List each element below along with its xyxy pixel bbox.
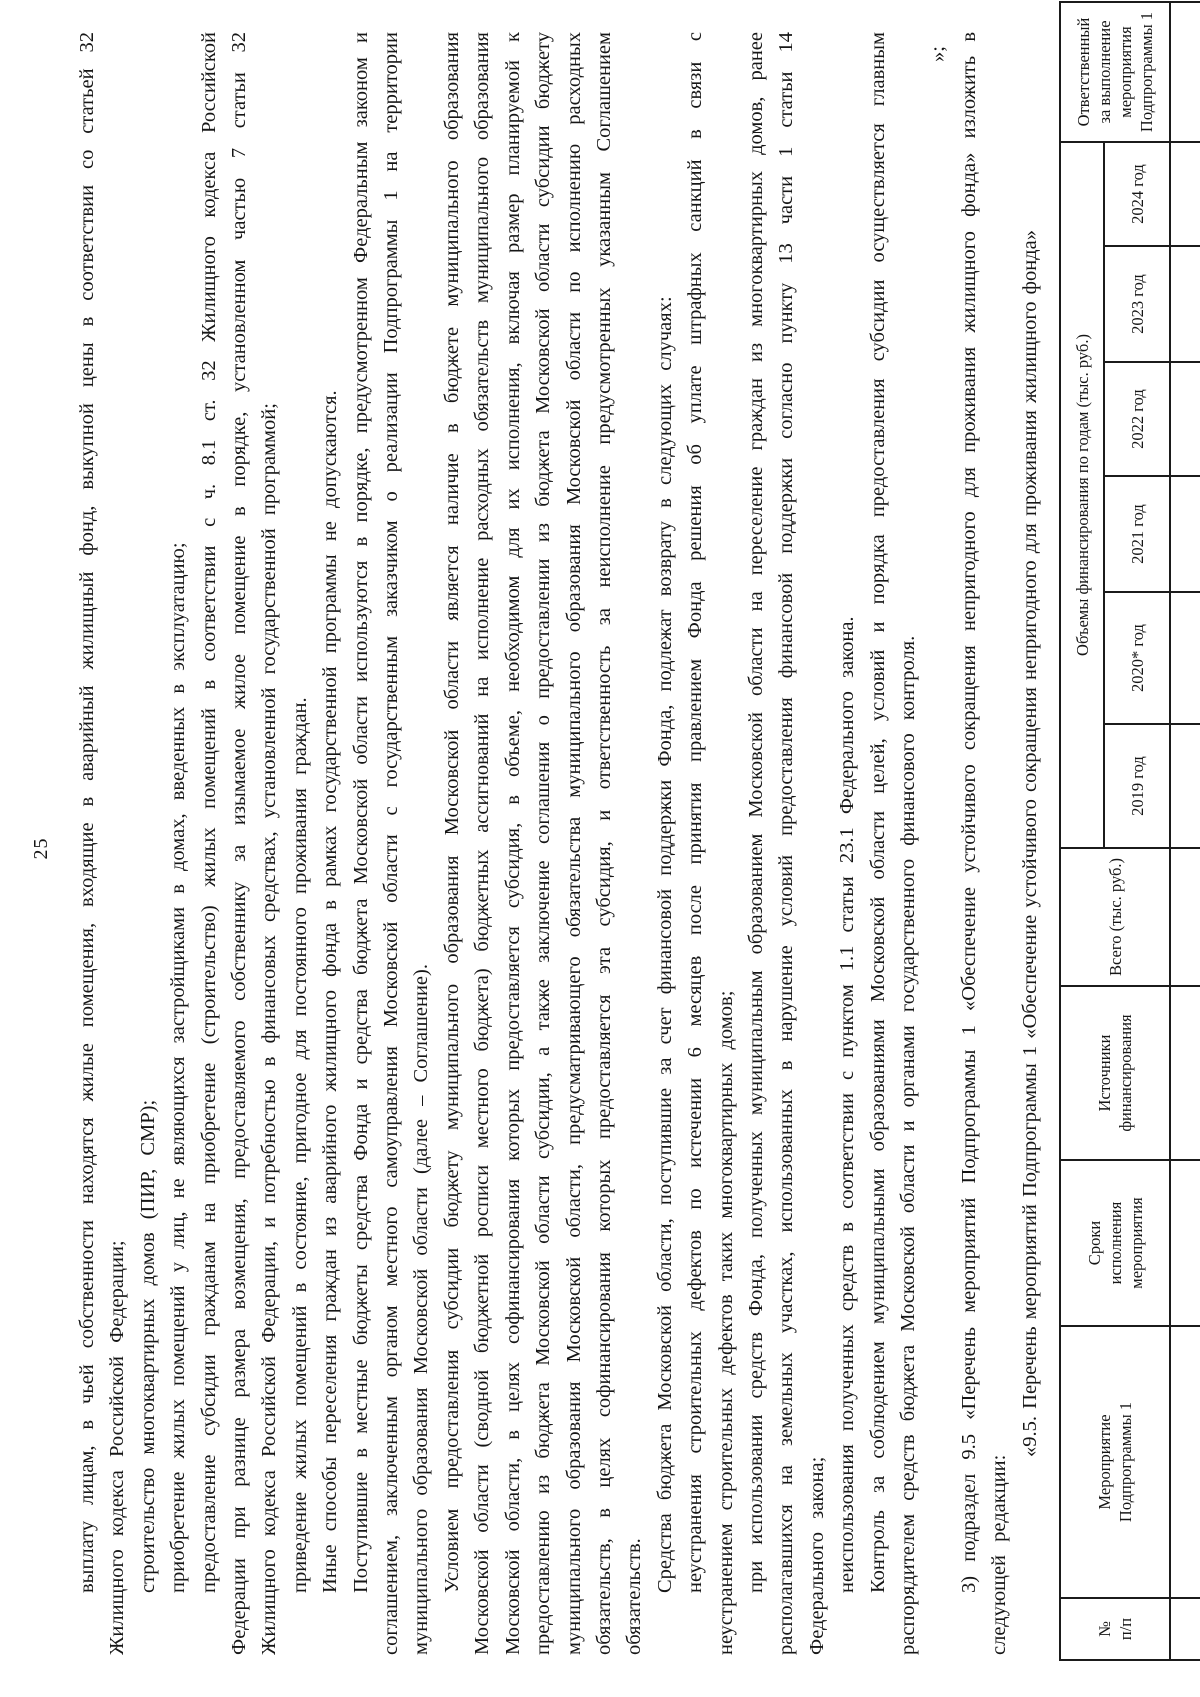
paragraph: Средства бюджета Московской области, пос… bbox=[650, 32, 680, 1655]
col-header-sources: Источники финансирования bbox=[1060, 986, 1170, 1160]
table-empty-cell bbox=[1170, 724, 1200, 848]
col-header-responsible: Ответственный за выполнение мероприятия … bbox=[1060, 2, 1170, 142]
page-number: 25 bbox=[30, 0, 53, 1697]
table-empty-cell bbox=[1170, 848, 1200, 986]
paragraph: строительство многоквартирных домов (ПИР… bbox=[133, 32, 163, 1655]
table-empty-cell bbox=[1170, 1326, 1200, 1598]
paragraph: выплату лицам, в чьей собственности нахо… bbox=[72, 32, 133, 1655]
col-header-event: Мероприятие Подпрограммы 1 bbox=[1060, 1326, 1170, 1598]
paragraph: предоставление субсидии гражданам на при… bbox=[194, 32, 285, 1655]
table-empty-cell bbox=[1170, 142, 1200, 246]
events-table: № п/п Мероприятие Подпрограммы 1 Сроки и… bbox=[1059, 1, 1200, 1661]
scanned-document-page: 25 выплату лицам, в чьей собственности н… bbox=[0, 0, 1200, 1697]
col-header-year-2021: 2021 год bbox=[1104, 476, 1170, 592]
table-empty-cell bbox=[1170, 1598, 1200, 1660]
paragraph: неиспользования полученных средств в соо… bbox=[832, 32, 862, 1655]
table-empty-cell bbox=[1170, 2, 1200, 142]
col-header-year-2024: 2024 год bbox=[1104, 142, 1170, 246]
table-empty-cell bbox=[1170, 362, 1200, 476]
table-empty-cell bbox=[1170, 1160, 1200, 1326]
col-header-year-2022: 2022 год bbox=[1104, 362, 1170, 476]
col-header-volumes: Объемы финансирования по годам (тыс. руб… bbox=[1060, 142, 1104, 848]
col-header-total: Всего (тыс. руб.) bbox=[1060, 848, 1170, 986]
amendment-intro: 3) подраздел 9.5 «Перечень мероприятий П… bbox=[954, 32, 1015, 1655]
paragraph: Поступившие в местные бюджеты средства Ф… bbox=[346, 32, 437, 1655]
col-header-number: № п/п bbox=[1060, 1598, 1170, 1660]
paragraph: при использовании средств Фонда, получен… bbox=[741, 32, 832, 1655]
col-header-terms: Сроки исполнения мероприятия bbox=[1060, 1160, 1170, 1326]
paragraph: Иные способы переселения граждан из авар… bbox=[315, 32, 345, 1655]
paragraph: Условием предоставления субсидии бюджету… bbox=[437, 32, 650, 1655]
table-empty-cell bbox=[1170, 476, 1200, 592]
paragraph: неустранения строительных дефектов по ис… bbox=[680, 32, 741, 1655]
closing-quote-mark: »; bbox=[923, 32, 953, 1655]
col-header-year-2019: 2019 год bbox=[1104, 724, 1170, 848]
paragraph: Контроль за соблюдением муниципальными о… bbox=[863, 32, 924, 1655]
paragraph: приведение жилых помещений в состояние, … bbox=[285, 32, 315, 1655]
rotated-page-content: 25 выплату лицам, в чьей собственности н… bbox=[0, 0, 1200, 1697]
col-header-year-2020: 2020* год bbox=[1104, 592, 1170, 724]
document-body: выплату лицам, в чьей собственности нахо… bbox=[72, 32, 1045, 1655]
table-row bbox=[1170, 2, 1200, 1660]
paragraph: приобретение жилых помещений у лиц, не я… bbox=[163, 32, 193, 1655]
col-header-year-2023: 2023 год bbox=[1104, 246, 1170, 362]
table-empty-cell bbox=[1170, 986, 1200, 1160]
table-empty-cell bbox=[1170, 246, 1200, 362]
table-caption: «9.5. Перечень мероприятий Подпрограммы … bbox=[1015, 32, 1045, 1655]
table-empty-cell bbox=[1170, 592, 1200, 724]
